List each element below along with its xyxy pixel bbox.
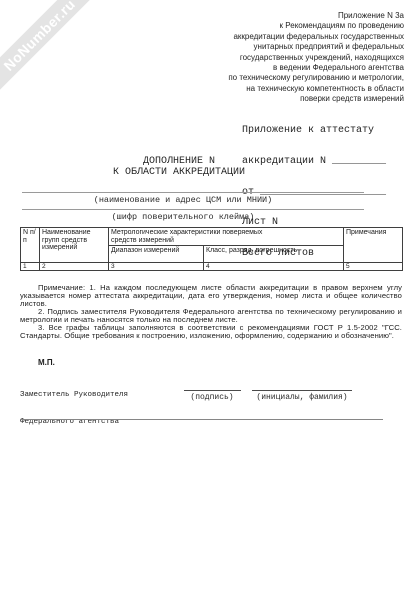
watermark-ribbon: NoNumber.ru xyxy=(0,0,107,103)
appendix-header-line: государственных учреждений, находящихся xyxy=(228,53,404,63)
appendix-header-line: Приложение N 3а xyxy=(228,11,404,21)
note-paragraph-2: 2. Подпись заместителя Руководителя Феде… xyxy=(20,308,402,324)
note-paragraph-3: 3. Все графы таблицы заполняются в соотв… xyxy=(20,324,402,340)
appendix-header: Приложение N 3а к Рекомендациям по прове… xyxy=(228,11,404,105)
stamp-code-blank-line xyxy=(22,209,364,210)
appendix-header-line: к Рекомендациям по проведению xyxy=(228,21,404,31)
stamp-place-mark: М.П. xyxy=(38,358,55,367)
table-index-row: 1 2 3 4 5 xyxy=(21,263,403,271)
org-name-blank-line xyxy=(22,192,364,193)
signature-blank-line xyxy=(184,390,241,391)
index-cell: 4 xyxy=(204,263,344,271)
appendix-header-line: на техническую компетентность в области xyxy=(228,84,404,94)
page-footer-divider xyxy=(20,419,383,420)
index-cell: 2 xyxy=(40,263,109,271)
name-blank-line xyxy=(252,390,352,391)
note-paragraph-1: Примечание: 1. На каждом последующем лис… xyxy=(20,284,402,308)
appendix-header-line: поверки средств измерений xyxy=(228,94,404,104)
appendix-header-line: унитарных предприятий и федеральных xyxy=(228,42,404,52)
signatory-position-line: Заместитель Руководителя xyxy=(20,391,128,400)
stamp-code-caption: (шифр поверительного клейма) xyxy=(0,212,366,222)
appendix-header-line: аккредитации федеральных государственных xyxy=(228,32,404,42)
name-caption: (инициалы, фамилия) xyxy=(246,393,358,402)
notes-section: Примечание: 1. На каждом последующем лис… xyxy=(20,284,402,340)
document-page: NoNumber.ru Приложение N 3а к Рекомендац… xyxy=(0,0,420,600)
col-header-metrology: Метрологические характеристики поверяемы… xyxy=(109,228,344,246)
signature-caption: (подпись) xyxy=(166,393,258,402)
document-title-line: К ОБЛАСТИ АККРЕДИТАЦИИ xyxy=(0,168,358,179)
org-name-caption: (наименование и адрес ЦСМ или МНИИ) xyxy=(0,195,366,205)
attestation-ref-line: Приложение к аттестату xyxy=(242,126,386,136)
watermark-text: NoNumber.ru xyxy=(0,0,78,73)
index-cell: 5 xyxy=(344,263,403,271)
index-cell: 3 xyxy=(109,263,204,271)
col-header-num: N п/п xyxy=(21,228,40,263)
col-header-groups: Наименование групп средств измерений xyxy=(40,228,109,263)
index-cell: 1 xyxy=(21,263,40,271)
col-header-class: Класс, разряд, погрешность xyxy=(204,246,344,263)
table-header-row-1: N п/п Наименование групп средств измерен… xyxy=(21,228,403,246)
appendix-header-line: в ведении Федерального агентства xyxy=(228,63,404,73)
appendix-header-line: по техническому регулированию и метролог… xyxy=(228,73,404,83)
col-header-range: Диапазон измерений xyxy=(109,246,204,263)
document-title: ДОПОЛНЕНИЕ N К ОБЛАСТИ АККРЕДИТАЦИИ xyxy=(0,157,358,178)
accreditation-scope-table: N п/п Наименование групп средств измерен… xyxy=(20,227,403,271)
document-title-line: ДОПОЛНЕНИЕ N xyxy=(0,157,358,168)
signatory-position: Заместитель Руководителя Федерального аг… xyxy=(20,373,128,445)
col-header-notes: Примечания xyxy=(344,228,403,263)
